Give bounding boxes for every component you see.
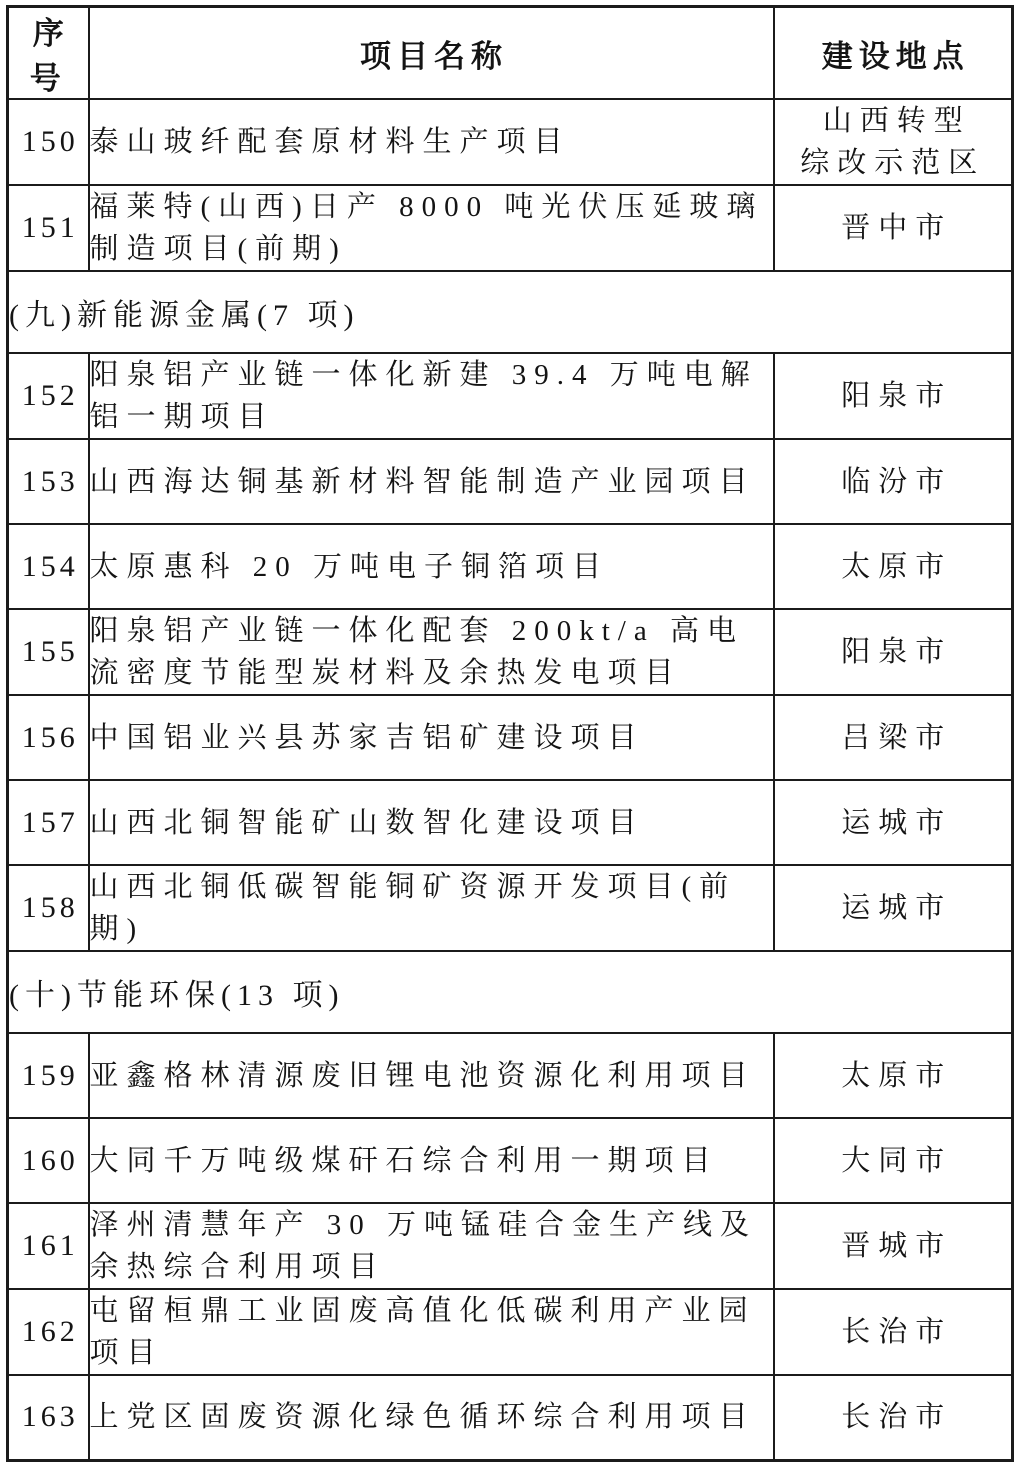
column-header-project-name: 项目名称 bbox=[89, 7, 774, 100]
location-cell: 长治市 bbox=[774, 1375, 1013, 1460]
table-row: 159亚鑫格林清源废旧锂电池资源化利用项目太原市 bbox=[8, 1033, 1013, 1118]
table-row: 161泽州清慧年产 30 万吨锰硅合金生产线及余热综合利用项目晋城市 bbox=[8, 1203, 1013, 1289]
project-name-cell: 亚鑫格林清源废旧锂电池资源化利用项目 bbox=[89, 1033, 774, 1118]
project-name-cell: 上党区固废资源化绿色循环综合利用项目 bbox=[89, 1375, 774, 1460]
section-header-label: (九)新能源金属(7 项) bbox=[8, 271, 1013, 353]
project-name-cell: 阳泉铝产业链一体化新建 39.4 万吨电解铝一期项目 bbox=[89, 353, 774, 439]
row-number-cell: 159 bbox=[8, 1033, 89, 1118]
projects-table: 序号 项目名称 建设地点 150泰山玻纤配套原材料生产项目山西转型 综改示范区1… bbox=[6, 5, 1014, 1462]
document-page: 序号 项目名称 建设地点 150泰山玻纤配套原材料生产项目山西转型 综改示范区1… bbox=[0, 0, 1020, 1453]
table-row: 152阳泉铝产业链一体化新建 39.4 万吨电解铝一期项目阳泉市 bbox=[8, 353, 1013, 439]
location-cell: 晋中市 bbox=[774, 185, 1013, 271]
row-number-cell: 160 bbox=[8, 1118, 89, 1203]
project-name-cell: 太原惠科 20 万吨电子铜箔项目 bbox=[89, 524, 774, 609]
location-cell: 临汾市 bbox=[774, 439, 1013, 524]
table-row: 154太原惠科 20 万吨电子铜箔项目太原市 bbox=[8, 524, 1013, 609]
project-name-cell: 泰山玻纤配套原材料生产项目 bbox=[89, 99, 774, 185]
row-number-cell: 161 bbox=[8, 1203, 89, 1289]
row-number-cell: 157 bbox=[8, 780, 89, 865]
column-header-location: 建设地点 bbox=[774, 7, 1013, 100]
table-row: 151福莱特(山西)日产 8000 吨光伏压延玻璃制造项目(前期)晋中市 bbox=[8, 185, 1013, 271]
table-row: 160大同千万吨级煤矸石综合利用一期项目大同市 bbox=[8, 1118, 1013, 1203]
table-row: 156中国铝业兴县苏家吉铝矿建设项目吕梁市 bbox=[8, 695, 1013, 780]
table-row: 157山西北铜智能矿山数智化建设项目运城市 bbox=[8, 780, 1013, 865]
location-cell: 太原市 bbox=[774, 524, 1013, 609]
table-row: 153山西海达铜基新材料智能制造产业园项目临汾市 bbox=[8, 439, 1013, 524]
location-cell: 阳泉市 bbox=[774, 353, 1013, 439]
projects-table-body: 150泰山玻纤配套原材料生产项目山西转型 综改示范区151福莱特(山西)日产 8… bbox=[8, 99, 1013, 1460]
row-number-cell: 150 bbox=[8, 99, 89, 185]
row-number-cell: 158 bbox=[8, 865, 89, 951]
project-name-cell: 屯留桓鼎工业固废高值化低碳利用产业园项目 bbox=[89, 1289, 774, 1375]
location-cell: 运城市 bbox=[774, 865, 1013, 951]
location-cell: 太原市 bbox=[774, 1033, 1013, 1118]
project-name-cell: 山西北铜智能矿山数智化建设项目 bbox=[89, 780, 774, 865]
table-row: 150泰山玻纤配套原材料生产项目山西转型 综改示范区 bbox=[8, 99, 1013, 185]
row-number-cell: 154 bbox=[8, 524, 89, 609]
row-number-cell: 163 bbox=[8, 1375, 89, 1460]
project-name-cell: 泽州清慧年产 30 万吨锰硅合金生产线及余热综合利用项目 bbox=[89, 1203, 774, 1289]
location-cell: 山西转型 综改示范区 bbox=[774, 99, 1013, 185]
location-cell: 阳泉市 bbox=[774, 609, 1013, 695]
row-number-cell: 155 bbox=[8, 609, 89, 695]
location-cell: 长治市 bbox=[774, 1289, 1013, 1375]
row-number-cell: 153 bbox=[8, 439, 89, 524]
location-cell: 吕梁市 bbox=[774, 695, 1013, 780]
table-row: 162屯留桓鼎工业固废高值化低碳利用产业园项目长治市 bbox=[8, 1289, 1013, 1375]
table-row: 163上党区固废资源化绿色循环综合利用项目长治市 bbox=[8, 1375, 1013, 1460]
location-cell: 运城市 bbox=[774, 780, 1013, 865]
project-name-cell: 中国铝业兴县苏家吉铝矿建设项目 bbox=[89, 695, 774, 780]
table-header-row: 序号 项目名称 建设地点 bbox=[8, 7, 1013, 100]
column-header-index: 序号 bbox=[8, 7, 89, 100]
table-row: 158山西北铜低碳智能铜矿资源开发项目(前期)运城市 bbox=[8, 865, 1013, 951]
section-header-label: (十)节能环保(13 项) bbox=[8, 951, 1013, 1033]
row-number-cell: 162 bbox=[8, 1289, 89, 1375]
location-cell: 大同市 bbox=[774, 1118, 1013, 1203]
section-header-row: (九)新能源金属(7 项) bbox=[8, 271, 1013, 353]
row-number-cell: 151 bbox=[8, 185, 89, 271]
project-name-cell: 山西北铜低碳智能铜矿资源开发项目(前期) bbox=[89, 865, 774, 951]
row-number-cell: 152 bbox=[8, 353, 89, 439]
section-header-row: (十)节能环保(13 项) bbox=[8, 951, 1013, 1033]
project-name-cell: 大同千万吨级煤矸石综合利用一期项目 bbox=[89, 1118, 774, 1203]
location-cell: 晋城市 bbox=[774, 1203, 1013, 1289]
project-name-cell: 阳泉铝产业链一体化配套 200kt/a 高电流密度节能型炭材料及余热发电项目 bbox=[89, 609, 774, 695]
project-name-cell: 山西海达铜基新材料智能制造产业园项目 bbox=[89, 439, 774, 524]
row-number-cell: 156 bbox=[8, 695, 89, 780]
table-row: 155阳泉铝产业链一体化配套 200kt/a 高电流密度节能型炭材料及余热发电项… bbox=[8, 609, 1013, 695]
project-name-cell: 福莱特(山西)日产 8000 吨光伏压延玻璃制造项目(前期) bbox=[89, 185, 774, 271]
